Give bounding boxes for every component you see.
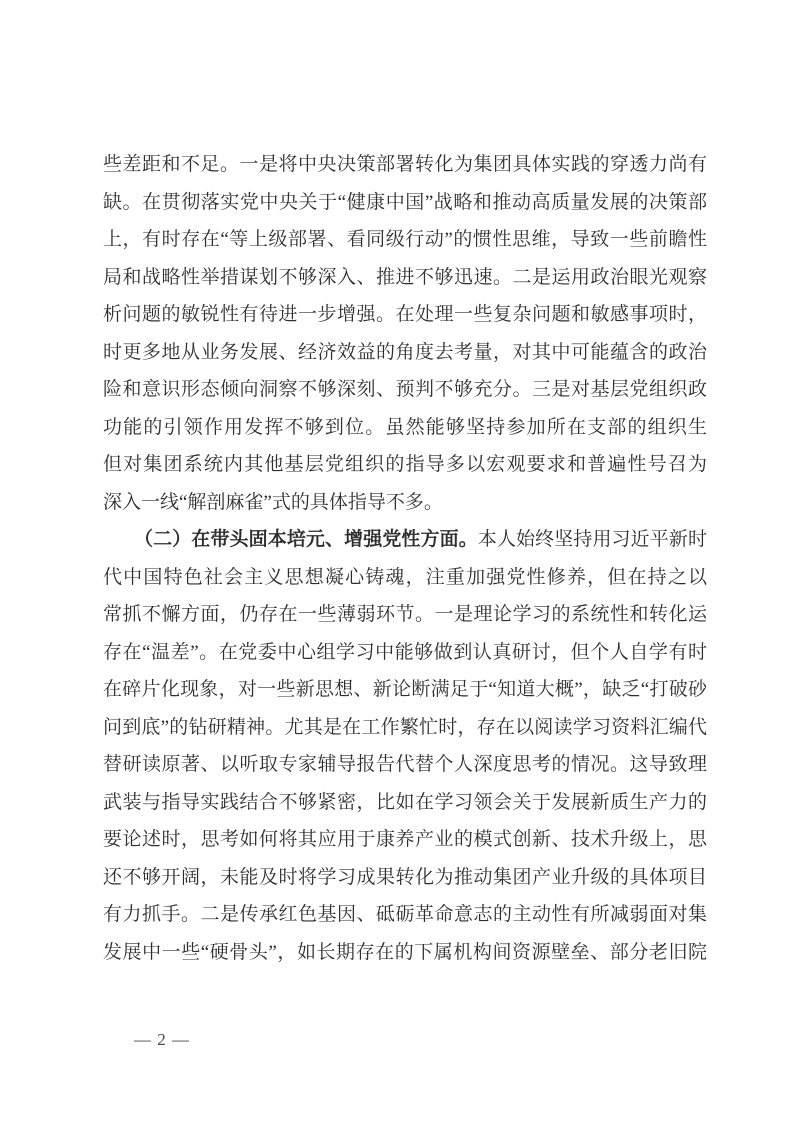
line-text: 存在“温差”。在党委中心组学习中能够做到认真研讨，但个人自学有时存 (103, 642, 707, 672)
line-text: 武装与指导实践结合不够紧密，比如在学习领会关于发展新质生产力的重 (103, 792, 707, 822)
line-text: 局和战略性举措谋划不够深入、推进不够迅速。二是运用政治眼光观察分 (103, 267, 707, 297)
text-line: 险和意识形态倾向洞察不够深刻、预判不够充分。三是对基层党组织政治 (103, 371, 707, 409)
line-text: 功能的引领作用发挥不够到位。虽然能够坚持参加所在支部的组织生活， (103, 417, 707, 447)
text-line: 上，有时存在“等上级部署、看同级行动”的惯性思维，导致一些前瞻性布 (103, 221, 707, 259)
line-text: 发展中一些“硬骨头”，如长期存在的下属机构间资源壁垒、部分老旧院区 (103, 942, 707, 972)
text-line: 些差距和不足。一是将中央决策部署转化为集团具体实践的穿透力尚有欠 (103, 146, 707, 184)
text-line: 替研读原著、以听取专家辅导报告代替个人深度思考的情况。这导致理论 (103, 746, 707, 784)
text-line: 深入一线“解剖麻雀”式的具体指导不多。 (103, 484, 707, 522)
line-text: 上，有时存在“等上级部署、看同级行动”的惯性思维，导致一些前瞻性布 (103, 229, 707, 259)
line-text: 些差距和不足。一是将中央决策部署转化为集团具体实践的穿透力尚有欠 (103, 154, 707, 184)
line-text: 问到底”的钻研精神。尤其是在工作繁忙时，存在以阅读学习资料汇编代 (103, 717, 707, 738)
line-text: 还不够开阔，未能及时将学习成果转化为推动集团产业升级的具体项目和 (103, 867, 707, 897)
text-line: 局和战略性举措谋划不够深入、推进不够迅速。二是运用政治眼光观察分 (103, 259, 707, 297)
text-line: 但对集团系统内其他基层党组织的指导多以宏观要求和普遍性号召为主， (103, 446, 707, 484)
line-text: 有力抓手。二是传承红色基因、砥砺革命意志的主动性有所减弱面对集团 (103, 904, 707, 934)
line-text: 但对集团系统内其他基层党组织的指导多以宏观要求和普遍性号召为主， (103, 454, 707, 484)
line-text: 深入一线“解剖麻雀”式的具体指导不多。 (103, 492, 443, 513)
line-text: 险和意识形态倾向洞察不够深刻、预判不够充分。三是对基层党组织政治 (103, 379, 707, 409)
line-text: 代中国特色社会主义思想凝心铸魂，注重加强党性修养，但在持之以恒、 (103, 567, 707, 597)
text-line: 功能的引领作用发挥不够到位。虽然能够坚持参加所在支部的组织生活， (103, 409, 707, 447)
text-line: 武装与指导实践结合不够紧密，比如在学习领会关于发展新质生产力的重 (103, 784, 707, 822)
paragraph-heading: （二）在带头固本培元、增强党性方面。 (134, 529, 478, 550)
text-line: 问到底”的钻研精神。尤其是在工作繁忙时，存在以阅读学习资料汇编代 (103, 709, 707, 747)
line-text: 缺。在贯彻落实党中央关于“健康中国”战略和推动高质量发展的决策部署 (103, 192, 707, 222)
text-line: 缺。在贯彻落实党中央关于“健康中国”战略和推动高质量发展的决策部署 (103, 184, 707, 222)
text-line: 有力抓手。二是传承红色基因、砥砺革命意志的主动性有所减弱面对集团 (103, 896, 707, 934)
text-line: 发展中一些“硬骨头”，如长期存在的下属机构间资源壁垒、部分老旧院区 (103, 934, 707, 972)
text-line: （二）在带头固本培元、增强党性方面。本人始终坚持用习近平新时 (103, 521, 707, 559)
line-text: 替研读原著、以听取专家辅导报告代替个人深度思考的情况。这导致理论 (103, 754, 707, 784)
line-text: 在碎片化现象，对一些新思想、新论断满足于“知道大概”，缺乏“打破砂锅 (103, 679, 707, 709)
text-line: 还不够开阔，未能及时将学习成果转化为推动集团产业升级的具体项目和 (103, 859, 707, 897)
text-line: 常抓不懈方面，仍存在一些薄弱环节。一是理论学习的系统性和转化运用 (103, 596, 707, 634)
text-line: 存在“温差”。在党委中心组学习中能够做到认真研讨，但个人自学有时存 (103, 634, 707, 672)
body-text: 些差距和不足。一是将中央决策部署转化为集团具体实践的穿透力尚有欠 缺。在贯彻落实… (103, 146, 707, 971)
text-line: 要论述时，思考如何将其应用于康养产业的模式创新、技术升级上，思路 (103, 821, 707, 859)
text-line: 时更多地从业务发展、经济效益的角度去考量，对其中可能蕴含的政治风 (103, 334, 707, 372)
document-page: 些差距和不足。一是将中央决策部署转化为集团具体实践的穿透力尚有欠 缺。在贯彻落实… (0, 0, 793, 1122)
line-text: 要论述时，思考如何将其应用于康养产业的模式创新、技术升级上，思路 (103, 829, 707, 859)
line-text: 本人始终坚持用习近平新时 (478, 529, 707, 550)
text-line: 析问题的敏锐性有待进一步增强。在处理一些复杂问题和敏感事项时，有 (103, 296, 707, 334)
text-line: 代中国特色社会主义思想凝心铸魂，注重加强党性修养，但在持之以恒、 (103, 559, 707, 597)
line-text: 常抓不懈方面，仍存在一些薄弱环节。一是理论学习的系统性和转化运用 (103, 604, 707, 634)
text-line: 在碎片化现象，对一些新思想、新论断满足于“知道大概”，缺乏“打破砂锅 (103, 671, 707, 709)
line-text: 析问题的敏锐性有待进一步增强。在处理一些复杂问题和敏感事项时，有 (103, 304, 707, 334)
line-text: 时更多地从业务发展、经济效益的角度去考量，对其中可能蕴含的政治风 (103, 342, 707, 372)
page-number: — 2 — (134, 1028, 190, 1052)
